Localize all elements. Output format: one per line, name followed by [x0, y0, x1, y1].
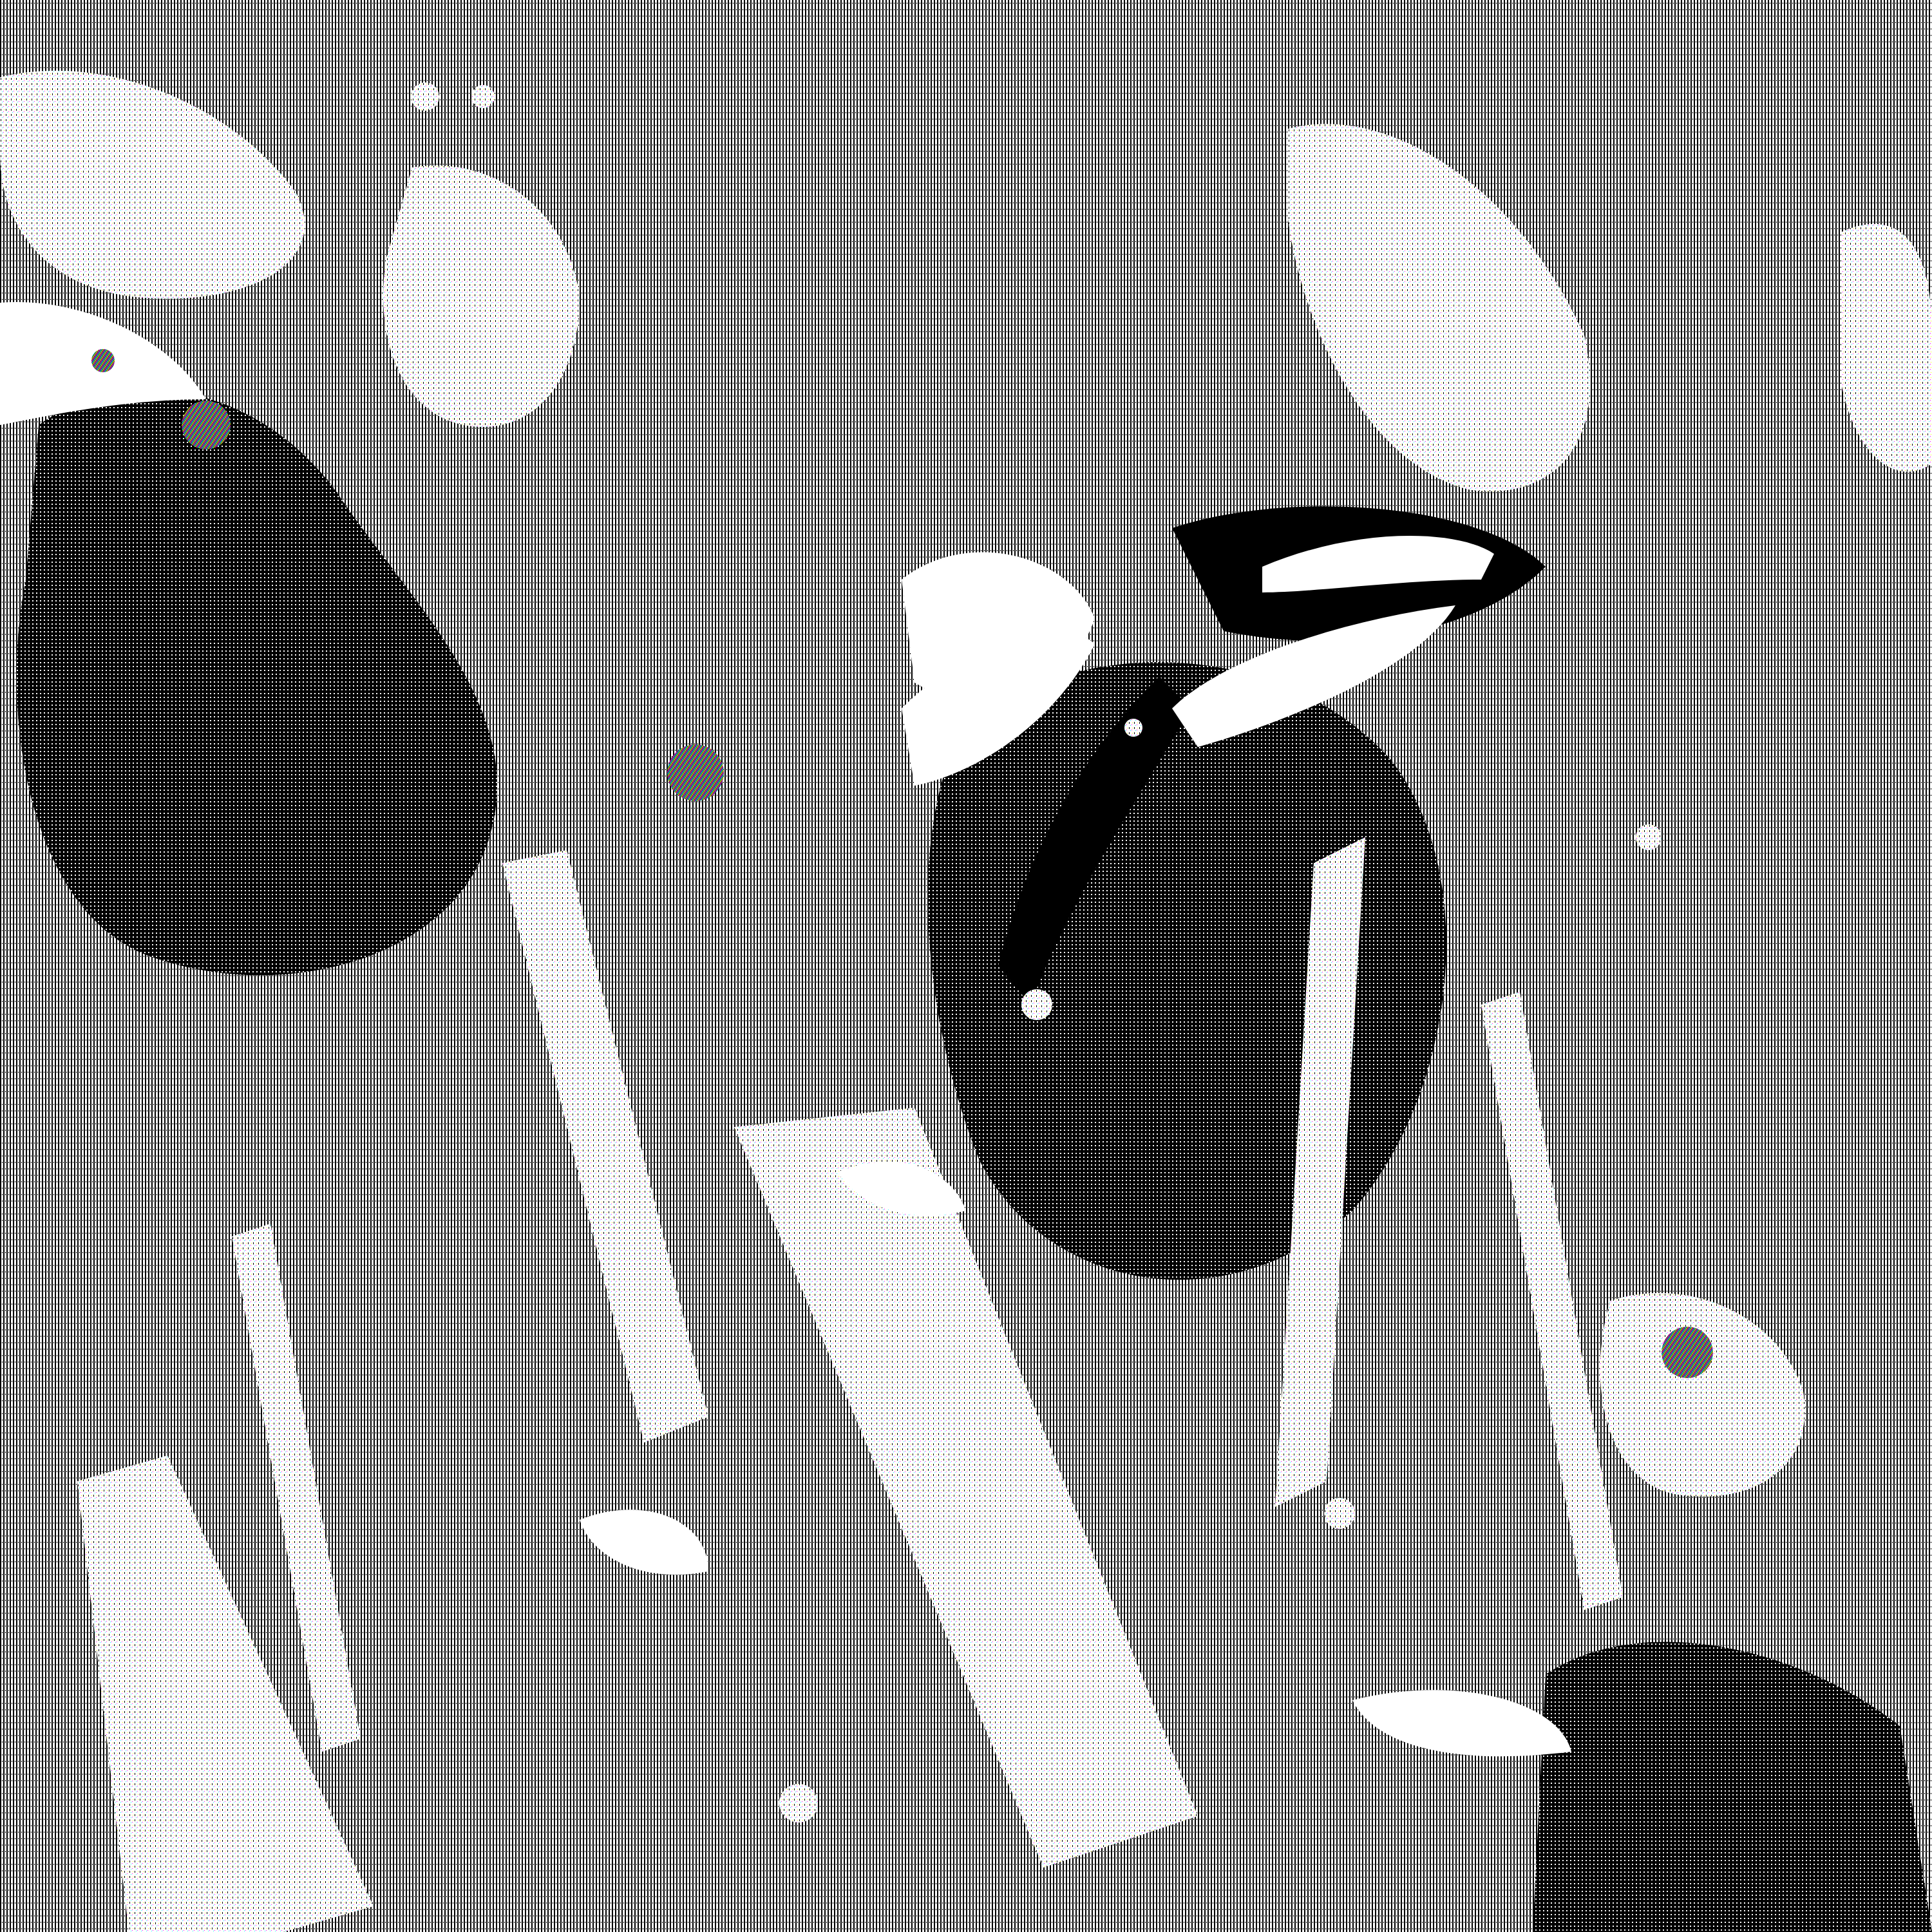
abstract-dithered-artwork: [0, 0, 1932, 1932]
